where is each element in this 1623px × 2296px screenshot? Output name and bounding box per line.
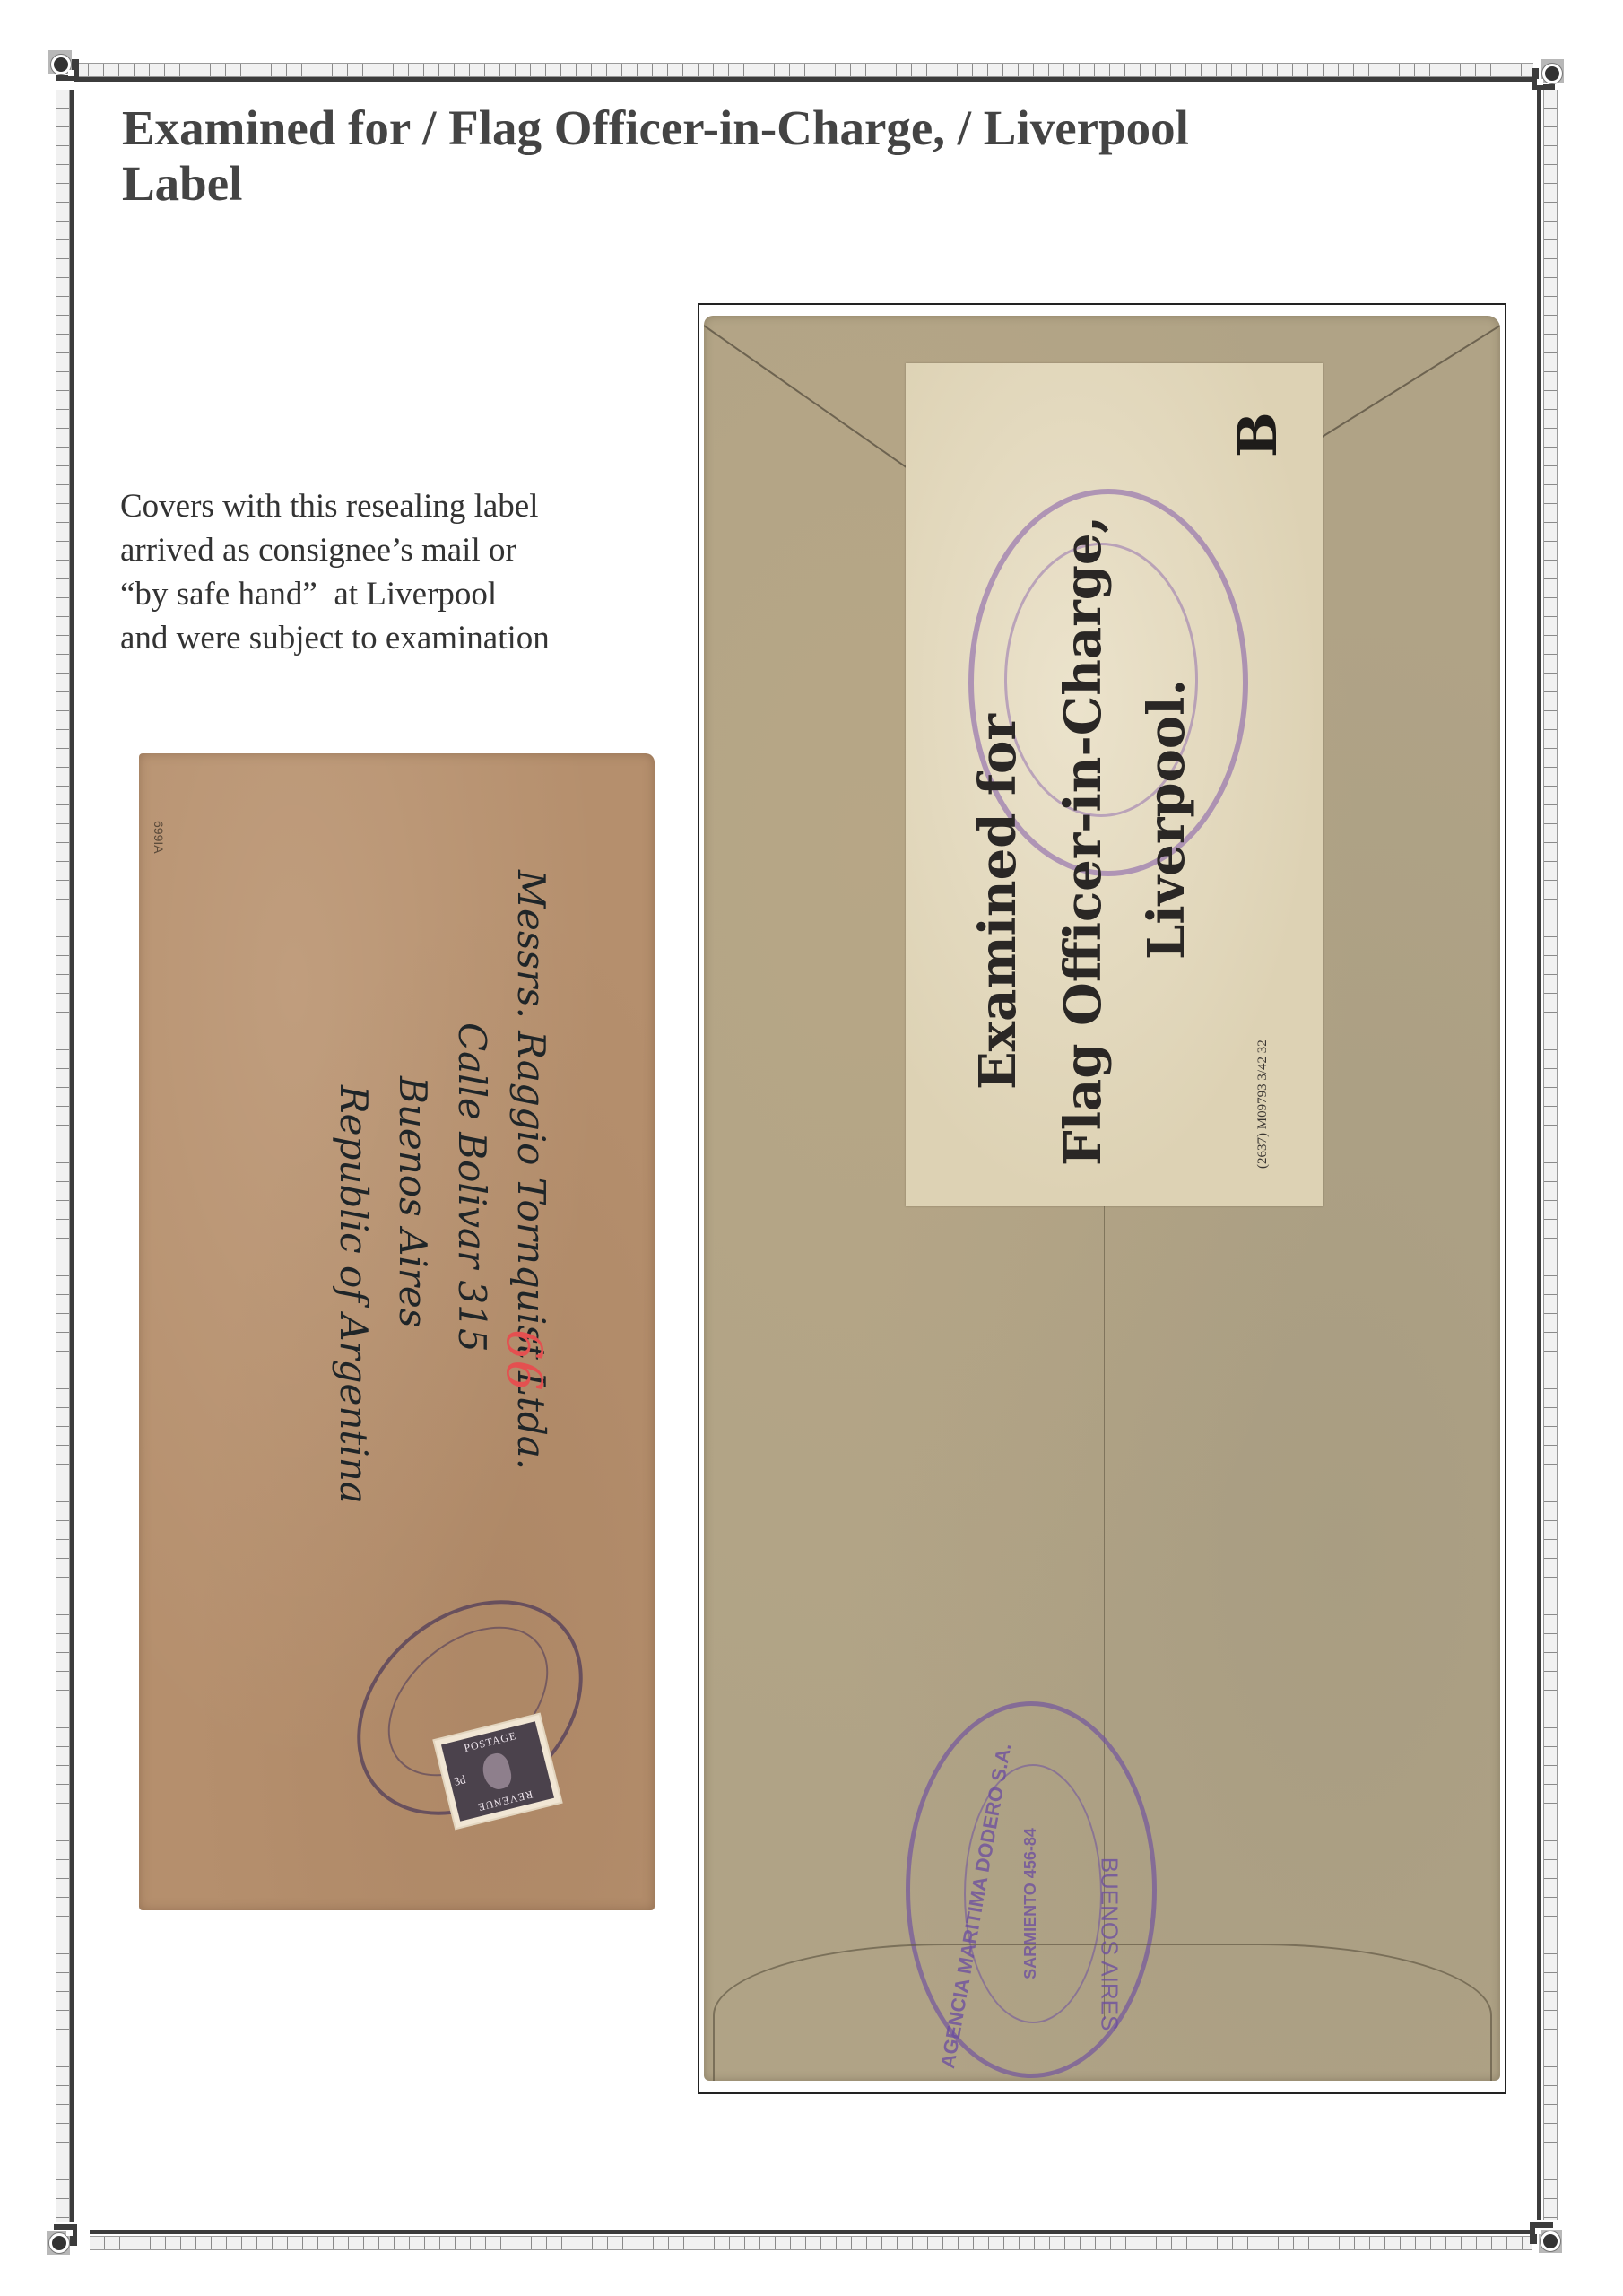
label-text-block: Examined for Flag Officer-in-Charge, Liv… — [906, 363, 1323, 1206]
label-line-1: Examined for — [968, 417, 1028, 1090]
address-line: Messrs. Raggio Tornquist Ltda. — [501, 870, 560, 1504]
description-line: “by safe hand” at Liverpool — [120, 572, 694, 616]
label-print-code: (2637) M09793 3/42 32 — [1255, 1039, 1271, 1169]
border-left-line — [70, 90, 74, 2222]
page-title: Examined for / Flag Officer-in-Charge, /… — [122, 100, 1467, 212]
corner-ornament-top-left — [48, 50, 79, 81]
border-top-line — [74, 77, 1533, 82]
border-bottom-line — [90, 2230, 1532, 2234]
description-line: and were subject to examination — [120, 616, 694, 660]
border-right-strip — [1543, 90, 1558, 2220]
stamp-value: 3d — [453, 1772, 467, 1789]
address-line: Calle Bolivar 315 — [442, 870, 501, 1504]
address-line: Republic of Argentina — [324, 870, 383, 1504]
border-left-strip — [56, 90, 70, 2222]
label-line-2: Flag Officer-in-Charge, — [1054, 363, 1113, 1166]
corner-ornament-top-right — [1532, 59, 1562, 90]
border-bottom-strip — [90, 2236, 1532, 2250]
king-portrait-icon — [480, 1751, 515, 1792]
label-line-3: Liverpool. — [1137, 363, 1196, 960]
description-line: Covers with this resealing label — [120, 484, 694, 528]
border-top-strip — [74, 63, 1533, 77]
page-title-line-2: Label — [122, 156, 1467, 212]
envelope-bottom-flap — [713, 1944, 1492, 2081]
small-cover-envelope: 699IA Messrs. Raggio Tornquist Ltda. Cal… — [139, 753, 655, 1910]
description-text: Covers with this resealing label arrived… — [120, 484, 694, 660]
address-line: Buenos Aires — [383, 870, 442, 1504]
corner-ornament-bottom-right — [1530, 2222, 1560, 2253]
page-title-line-1: Examined for / Flag Officer-in-Charge, /… — [122, 100, 1467, 156]
label-series-letter: B — [1227, 412, 1289, 457]
edge-code: 699IA — [152, 821, 166, 854]
red-pencil-mark: 66 — [496, 1329, 552, 1391]
border-right-line — [1537, 90, 1541, 2220]
corner-ornament-bottom-left — [47, 2224, 77, 2255]
description-line: arrived as consignee’s mail or — [120, 528, 694, 572]
examination-label: Examined for Flag Officer-in-Charge, Liv… — [906, 363, 1323, 1206]
